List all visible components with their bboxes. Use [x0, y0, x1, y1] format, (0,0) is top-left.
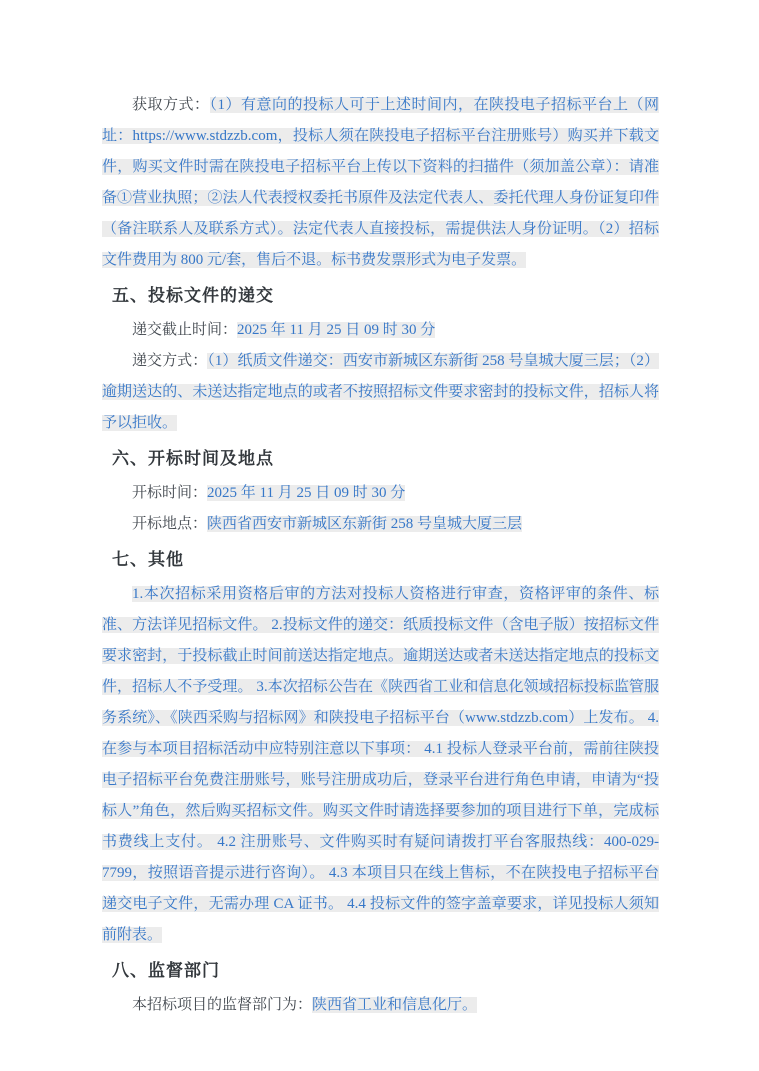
- field-value: 陕西省工业和信息化厅。: [312, 997, 477, 1013]
- document-page: 获取方式：（1）有意向的投标人可于上述时间内，在陕投电子招标平台上（网址：htt…: [0, 0, 759, 1071]
- paragraph: 本招标项目的监督部门为：陕西省工业和信息化厅。: [102, 990, 659, 1021]
- document-body: 获取方式：（1）有意向的投标人可于上述时间内，在陕投电子招标平台上（网址：htt…: [102, 90, 659, 1021]
- section-heading: 七、其他: [112, 544, 659, 576]
- paragraph: 获取方式：（1）有意向的投标人可于上述时间内，在陕投电子招标平台上（网址：htt…: [102, 90, 659, 276]
- section-heading: 五、投标文件的递交: [112, 280, 659, 312]
- section-heading: 六、开标时间及地点: [112, 443, 659, 475]
- section-heading: 八、监督部门: [112, 955, 659, 987]
- paragraph: 开标地点：陕西省西安市新城区东新街 258 号皇城大厦三层: [102, 509, 659, 540]
- paragraph: 1.本次招标采用资格后审的方法对投标人资格进行审查，资格评审的条件、标准、方法详…: [102, 579, 659, 951]
- field-value: （1）有意向的投标人可于上述时间内，在陕投电子招标平台上（网址：https://…: [102, 97, 659, 268]
- field-label: 获取方式：: [132, 97, 210, 113]
- paragraph: 递交方式：（1）纸质文件递交：西安市新城区东新街 258 号皇城大厦三层；（2）…: [102, 346, 659, 439]
- field-value: 1.本次招标采用资格后审的方法对投标人资格进行审查，资格评审的条件、标准、方法详…: [102, 586, 659, 943]
- field-label: 本招标项目的监督部门为：: [132, 997, 312, 1013]
- field-label: 开标地点：: [132, 516, 207, 532]
- paragraph: 递交截止时间：2025 年 11 月 25 日 09 时 30 分: [102, 315, 659, 346]
- field-value: 陕西省西安市新城区东新街 258 号皇城大厦三层: [207, 516, 522, 532]
- field-value: 2025 年 11 月 25 日 09 时 30 分: [237, 322, 435, 338]
- field-label: 递交截止时间：: [132, 322, 237, 338]
- field-label: 递交方式：: [132, 353, 207, 369]
- paragraph: 开标时间：2025 年 11 月 25 日 09 时 30 分: [102, 478, 659, 509]
- field-value: 2025 年 11 月 25 日 09 时 30 分: [207, 485, 405, 501]
- field-label: 开标时间：: [132, 485, 207, 501]
